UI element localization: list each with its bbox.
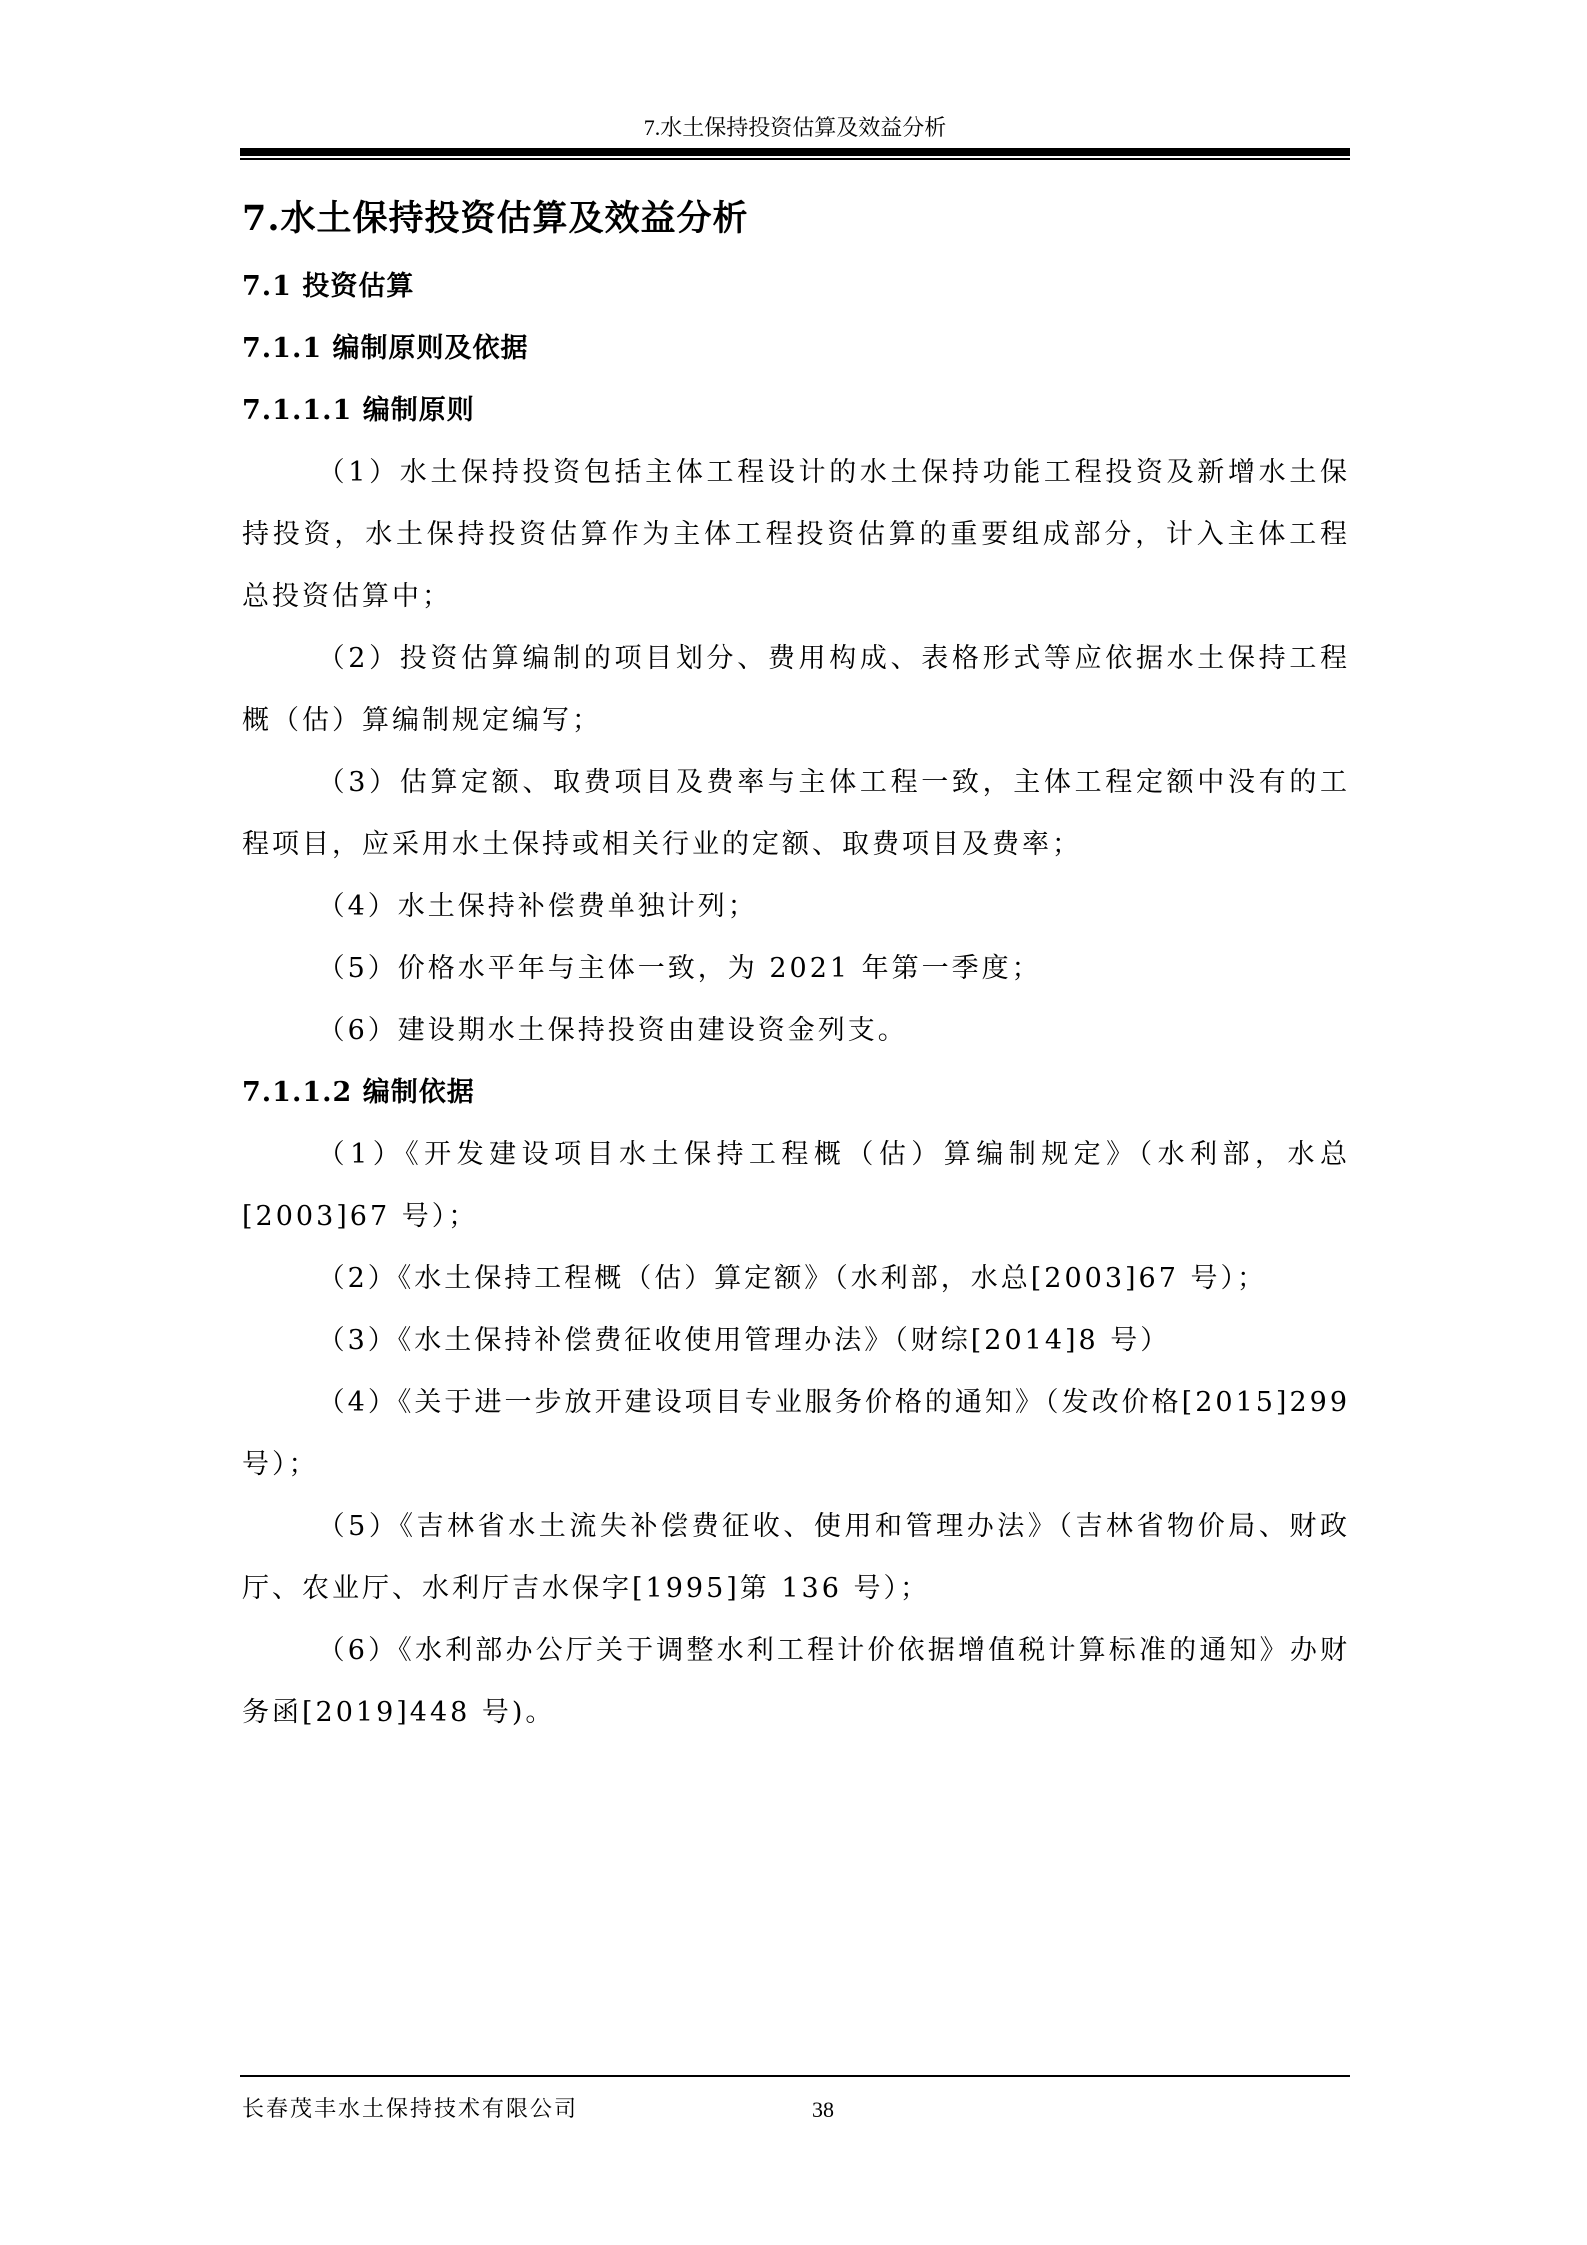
header-rule-thin [240, 158, 1350, 160]
subsection-heading-7-1-1: 7.1.1 编制原则及依据 [242, 318, 1350, 380]
heading-basis: 7.1.1.2 编制依据 [242, 1062, 1350, 1124]
page-number: 38 [812, 2094, 834, 2126]
principle-item-2: （2）投资估算编制的项目划分、费用构成、表格形式等应依据水土保持工程概（估）算编… [242, 628, 1350, 752]
running-header: 7.水土保持投资估算及效益分析 [240, 110, 1350, 146]
basis-item-4: （4）《关于进一步放开建设项目专业服务价格的通知》（发改价格[2015]299 … [242, 1372, 1350, 1496]
principle-item-4: （4）水土保持补偿费单独计列； [242, 876, 1350, 938]
footer-rule [240, 2075, 1350, 2077]
basis-item-2: （2）《水土保持工程概（估）算定额》（水利部，水总[2003]67 号）； [242, 1248, 1350, 1310]
principle-item-1: （1）水土保持投资包括主体工程设计的水土保持功能工程投资及新增水土保持投资，水土… [242, 442, 1350, 628]
basis-item-3: （3）《水土保持补偿费征收使用管理办法》（财综[2014]8 号） [242, 1310, 1350, 1372]
principle-item-6: （6）建设期水土保持投资由建设资金列支。 [242, 1000, 1350, 1062]
footer-company-name: 长春茂丰水土保持技术有限公司 [242, 2094, 578, 2126]
basis-item-1: （1）《开发建设项目水土保持工程概（估）算编制规定》（水利部，水总[2003]6… [242, 1124, 1350, 1248]
header-rule-thick [240, 148, 1350, 156]
basis-item-5: （5）《吉林省水土流失补偿费征收、使用和管理办法》（吉林省物价局、财政厅、农业厅… [242, 1496, 1350, 1620]
heading-principles: 7.1.1.1 编制原则 [242, 380, 1350, 442]
chapter-title: 7.水土保持投资估算及效益分析 [242, 190, 1350, 248]
document-body: 7.水土保持投资估算及效益分析 7.1 投资估算 7.1.1 编制原则及依据 7… [242, 190, 1350, 1744]
principle-item-3: （3）估算定额、取费项目及费率与主体工程一致，主体工程定额中没有的工程项目，应采… [242, 752, 1350, 876]
basis-item-6: （6）《水利部办公厅关于调整水利工程计价依据增值税计算标准的通知》办财务函[20… [242, 1620, 1350, 1744]
principle-item-5: （5）价格水平年与主体一致，为 2021 年第一季度； [242, 938, 1350, 1000]
section-heading-7-1: 7.1 投资估算 [242, 256, 1350, 318]
